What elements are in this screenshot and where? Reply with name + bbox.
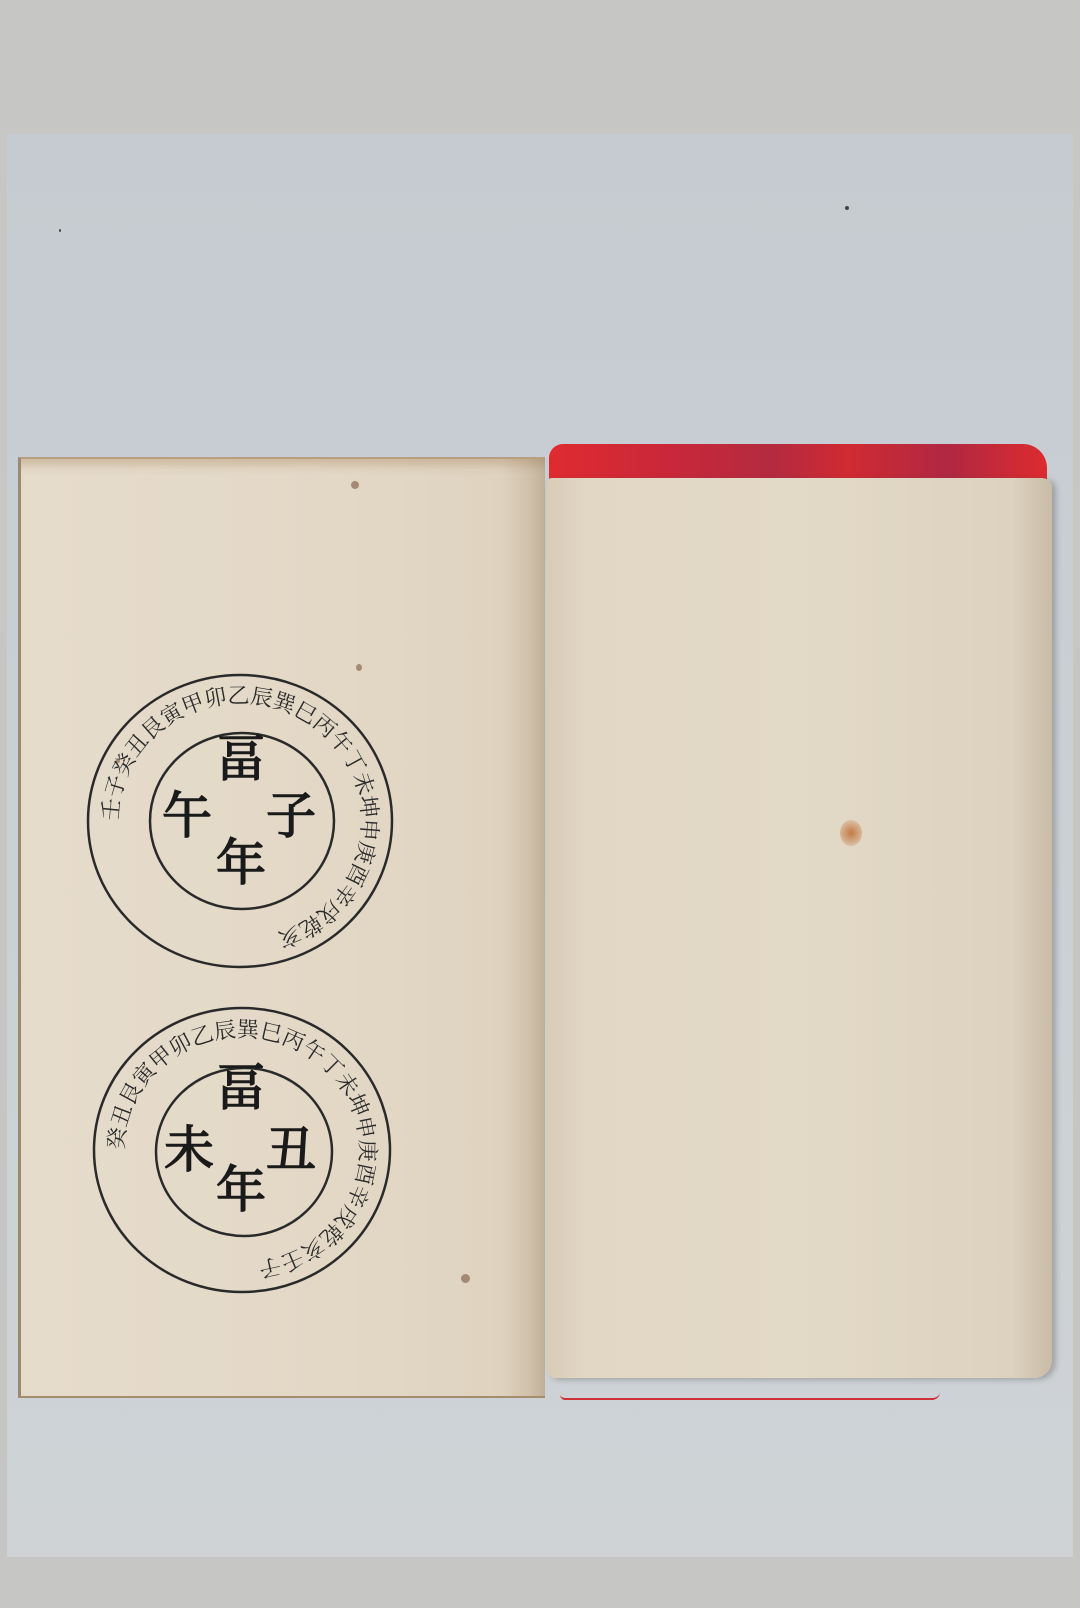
chou-year-circle: 癸丑艮寅甲卯乙辰巽巳丙午丁未坤申庚酉辛戌乾亥壬子 畐 丑 年 未 [86,1002,402,1302]
dust-speck [845,206,849,210]
zi-year-diagram: 壬子癸丑艮寅甲卯乙辰巽巳丙午丁未坤申庚酉辛戌乾亥 畐 子 年 午 [82,668,400,978]
center-char-right: 子 [266,786,316,845]
right-page-blank [546,478,1052,1378]
dust-speck [59,229,61,232]
rust-stain [840,820,862,846]
foxing-spot [351,481,359,489]
center-char-top: 畐 [216,729,266,788]
zi-year-circle: 壬子癸丑艮寅甲卯乙辰巽巳丙午丁未坤申庚酉辛戌乾亥 畐 子 年 午 [82,668,400,978]
ring-text: 壬子癸丑艮寅甲卯乙辰巽巳丙午丁未坤申庚酉辛戌乾亥 [99,684,382,952]
center-char-left: 午 [162,786,212,845]
page-fold-shadow [501,459,545,1396]
chou-year-diagram: 癸丑艮寅甲卯乙辰巽巳丙午丁未坤申庚酉辛戌乾亥壬子 畐 丑 年 未 [86,1002,402,1302]
center-char-right: 丑 [266,1120,316,1179]
center-char-bottom: 年 [216,833,266,892]
center-char-bottom: 年 [216,1160,266,1219]
foxing-spot [461,1274,470,1283]
center-char-top: 畐 [216,1058,266,1117]
center-char-left: 未 [164,1120,214,1179]
red-cover-bottom-edge [560,1392,940,1400]
